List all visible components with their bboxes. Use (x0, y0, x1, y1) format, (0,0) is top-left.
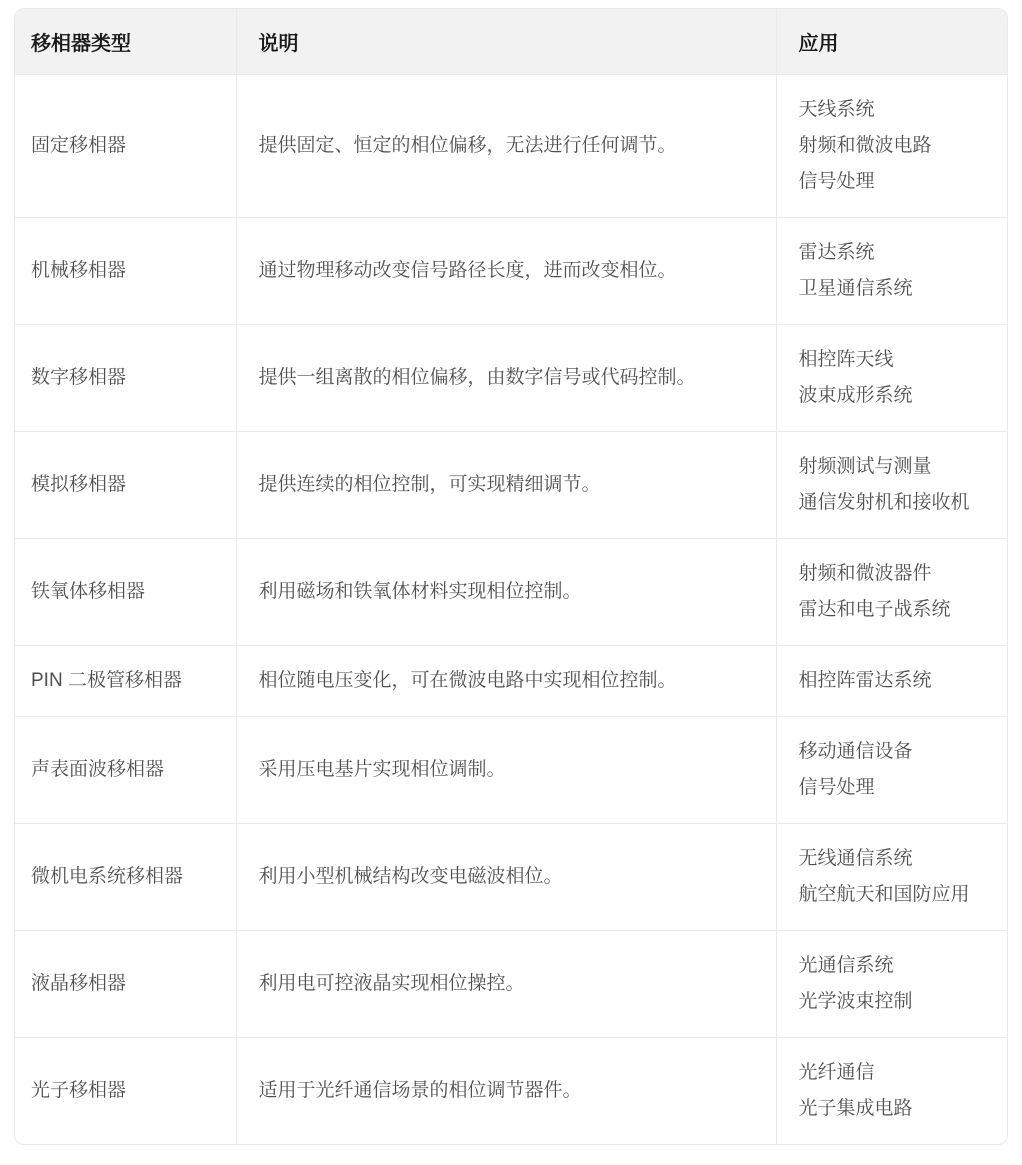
application-line: 无线通信系统 (799, 841, 998, 877)
applications-cell: 雷达系统卫星通信系统 (776, 218, 1008, 325)
application-line: 光纤通信 (799, 1055, 998, 1091)
applications-cell: 射频和微波器件雷达和电子战系统 (776, 539, 1008, 646)
type-cell: 模拟移相器 (15, 432, 236, 539)
table-row: 微机电系统移相器 利用小型机械结构改变电磁波相位。 无线通信系统航空航天和国防应… (15, 824, 1008, 931)
table-row: PIN 二极管移相器 相位随电压变化，可在微波电路中实现相位控制。 相控阵雷达系… (15, 646, 1008, 717)
table-row: 铁氧体移相器 利用磁场和铁氧体材料实现相位控制。 射频和微波器件雷达和电子战系统 (15, 539, 1008, 646)
applications-cell: 射频测试与测量通信发射机和接收机 (776, 432, 1008, 539)
applications-cell: 光纤通信光子集成电路 (776, 1038, 1008, 1145)
application-line: 移动通信设备 (799, 734, 998, 770)
table-row: 声表面波移相器 采用压电基片实现相位调制。 移动通信设备信号处理 (15, 717, 1008, 824)
applications-cell: 天线系统射频和微波电路信号处理 (776, 75, 1008, 218)
application-line: 光学波束控制 (799, 984, 998, 1020)
description-cell: 利用小型机械结构改变电磁波相位。 (236, 824, 776, 931)
type-cell: 机械移相器 (15, 218, 236, 325)
applications-cell: 无线通信系统航空航天和国防应用 (776, 824, 1008, 931)
column-header-description: 说明 (236, 9, 776, 75)
table-row: 机械移相器 通过物理移动改变信号路径长度，进而改变相位。 雷达系统卫星通信系统 (15, 218, 1008, 325)
application-line: 雷达和电子战系统 (799, 592, 998, 628)
table-header-row: 移相器类型 说明 应用 (15, 9, 1008, 75)
type-cell: 光子移相器 (15, 1038, 236, 1145)
application-line: 卫星通信系统 (799, 271, 998, 307)
application-line: 光子集成电路 (799, 1091, 998, 1127)
applications-cell: 移动通信设备信号处理 (776, 717, 1008, 824)
application-line: 航空航天和国防应用 (799, 877, 998, 913)
type-cell: 声表面波移相器 (15, 717, 236, 824)
description-cell: 采用压电基片实现相位调制。 (236, 717, 776, 824)
application-line: 雷达系统 (799, 235, 998, 271)
description-cell: 提供固定、恒定的相位偏移，无法进行任何调节。 (236, 75, 776, 218)
application-line: 天线系统 (799, 92, 998, 128)
type-cell: 液晶移相器 (15, 931, 236, 1038)
type-cell: PIN 二极管移相器 (15, 646, 236, 717)
application-line: 信号处理 (799, 770, 998, 806)
application-line: 相控阵天线 (799, 342, 998, 378)
description-cell: 利用磁场和铁氧体材料实现相位控制。 (236, 539, 776, 646)
table-row: 光子移相器 适用于光纤通信场景的相位调节器件。 光纤通信光子集成电路 (15, 1038, 1008, 1145)
application-line: 射频和微波器件 (799, 556, 998, 592)
page: 移相器类型 说明 应用 固定移相器 提供固定、恒定的相位偏移，无法进行任何调节。… (0, 0, 1022, 1165)
applications-cell: 相控阵雷达系统 (776, 646, 1008, 717)
description-cell: 适用于光纤通信场景的相位调节器件。 (236, 1038, 776, 1145)
description-cell: 通过物理移动改变信号路径长度，进而改变相位。 (236, 218, 776, 325)
application-line: 射频和微波电路 (799, 128, 998, 164)
application-line: 光通信系统 (799, 948, 998, 984)
applications-cell: 相控阵天线波束成形系统 (776, 325, 1008, 432)
description-cell: 提供连续的相位控制，可实现精细调节。 (236, 432, 776, 539)
type-cell: 铁氧体移相器 (15, 539, 236, 646)
application-line: 信号处理 (799, 164, 998, 200)
type-cell: 数字移相器 (15, 325, 236, 432)
table-row: 液晶移相器 利用电可控液晶实现相位操控。 光通信系统光学波束控制 (15, 931, 1008, 1038)
application-line: 相控阵雷达系统 (799, 663, 998, 699)
column-header-application: 应用 (776, 9, 1008, 75)
application-line: 射频测试与测量 (799, 449, 998, 485)
table-row: 固定移相器 提供固定、恒定的相位偏移，无法进行任何调节。 天线系统射频和微波电路… (15, 75, 1008, 218)
applications-cell: 光通信系统光学波束控制 (776, 931, 1008, 1038)
description-cell: 相位随电压变化，可在微波电路中实现相位控制。 (236, 646, 776, 717)
column-header-type: 移相器类型 (15, 9, 236, 75)
description-cell: 利用电可控液晶实现相位操控。 (236, 931, 776, 1038)
table-row: 模拟移相器 提供连续的相位控制，可实现精细调节。 射频测试与测量通信发射机和接收… (15, 432, 1008, 539)
application-line: 通信发射机和接收机 (799, 485, 998, 521)
phase-shifter-table-container: 移相器类型 说明 应用 固定移相器 提供固定、恒定的相位偏移，无法进行任何调节。… (14, 8, 1008, 1145)
table-row: 数字移相器 提供一组离散的相位偏移，由数字信号或代码控制。 相控阵天线波束成形系… (15, 325, 1008, 432)
phase-shifter-table: 移相器类型 说明 应用 固定移相器 提供固定、恒定的相位偏移，无法进行任何调节。… (15, 9, 1008, 1144)
application-line: 波束成形系统 (799, 378, 998, 414)
type-cell: 固定移相器 (15, 75, 236, 218)
type-cell: 微机电系统移相器 (15, 824, 236, 931)
description-cell: 提供一组离散的相位偏移，由数字信号或代码控制。 (236, 325, 776, 432)
